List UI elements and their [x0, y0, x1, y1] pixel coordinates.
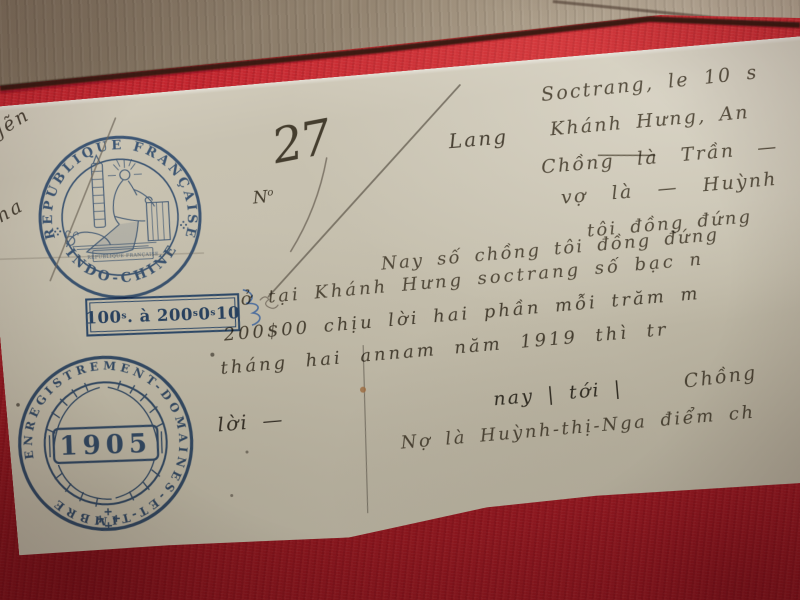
document-paper: RÉPUBLIQUE FRANÇAISE INDO-CHINE — [0, 30, 800, 572]
number-prefix: No — [252, 187, 275, 209]
rust-spot — [360, 386, 367, 393]
fold-crease — [0, 241, 203, 271]
photo-of-1905-indochina-document: RÉPUBLIQUE FRANÇAISE INDO-CHINE — [0, 0, 800, 600]
number-value: 27 — [267, 109, 334, 175]
document-number: No 27 — [241, 116, 363, 265]
vertical-crease-line — [353, 346, 378, 513]
